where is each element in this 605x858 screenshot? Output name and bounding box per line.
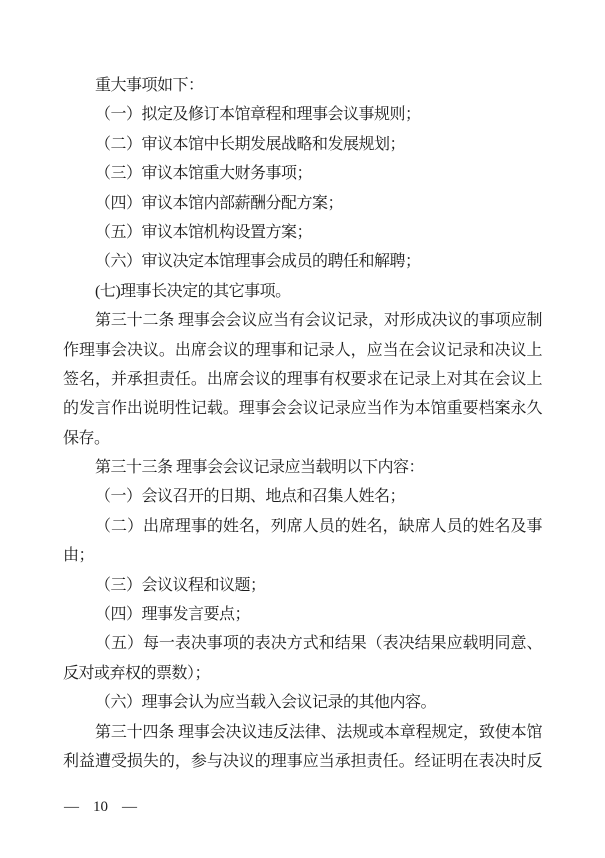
text-line: （六）理事会认为应当载入会议记录的其他内容。 — [63, 688, 542, 717]
text-line: 第三十四条 理事会决议违反法律、法规或本章程规定，致使本馆 — [63, 718, 542, 747]
text-line: （四）理事发言要点； — [63, 600, 542, 629]
text-line: （二）审议本馆中长期发展战略和发展规划； — [63, 130, 542, 159]
text-line: (七)理事长决定的其它事项。 — [63, 277, 542, 306]
text-line: （五）每一表决事项的表决方式和结果（表决结果应载明同意、 — [63, 629, 542, 658]
text-line: （三）会议议程和议题； — [63, 571, 542, 600]
text-line: （一）拟定及修订本馆章程和理事会议事规则； — [63, 100, 542, 129]
text-line: 第三十二条 理事会会议应当有会议记录，对形成决议的事项应制 — [63, 306, 542, 335]
document-body: 重大事项如下：（一）拟定及修订本馆章程和理事会议事规则；（二）审议本馆中长期发展… — [63, 0, 542, 776]
text-line: 签名，并承担责任。出席会议的理事有权要求在记录上对其在会议上 — [63, 365, 542, 394]
text-line: （二）出席理事的姓名，列席人员的姓名，缺席人员的姓名及事 — [63, 512, 542, 541]
text-line: 利益遭受损失的，参与决议的理事应当承担责任。经证明在表决时反 — [63, 747, 542, 776]
document-page: 重大事项如下：（一）拟定及修订本馆章程和理事会议事规则；（二）审议本馆中长期发展… — [0, 0, 605, 858]
text-line: 作理事会决议。出席会议的理事和记录人，应当在会议记录和决议上 — [63, 336, 542, 365]
text-line: 保存。 — [63, 424, 542, 453]
footer-left-dash: — — [64, 799, 79, 816]
text-line: 的发言作出说明性记载。理事会会议记录应当作为本馆重要档案永久 — [63, 394, 542, 423]
text-line: （五）审议本馆机构设置方案； — [63, 218, 542, 247]
text-line: 反对或弃权的票数）； — [63, 659, 542, 688]
text-line: （六）审议决定本馆理事会成员的聘任和解聘； — [63, 247, 542, 276]
text-line: （三）审议本馆重大财务事项； — [63, 159, 542, 188]
text-line: （四）审议本馆内部薪酬分配方案； — [63, 189, 542, 218]
text-line: （一）会议召开的日期、地点和召集人姓名； — [63, 482, 542, 511]
text-line: 第三十三条 理事会会议记录应当载明以下内容： — [63, 453, 542, 482]
text-line: 重大事项如下： — [63, 71, 542, 100]
text-line: 由； — [63, 541, 542, 570]
page-number: 10 — [93, 799, 108, 816]
footer-right-dash: — — [122, 799, 137, 816]
page-footer: — 10 — — [64, 799, 137, 816]
